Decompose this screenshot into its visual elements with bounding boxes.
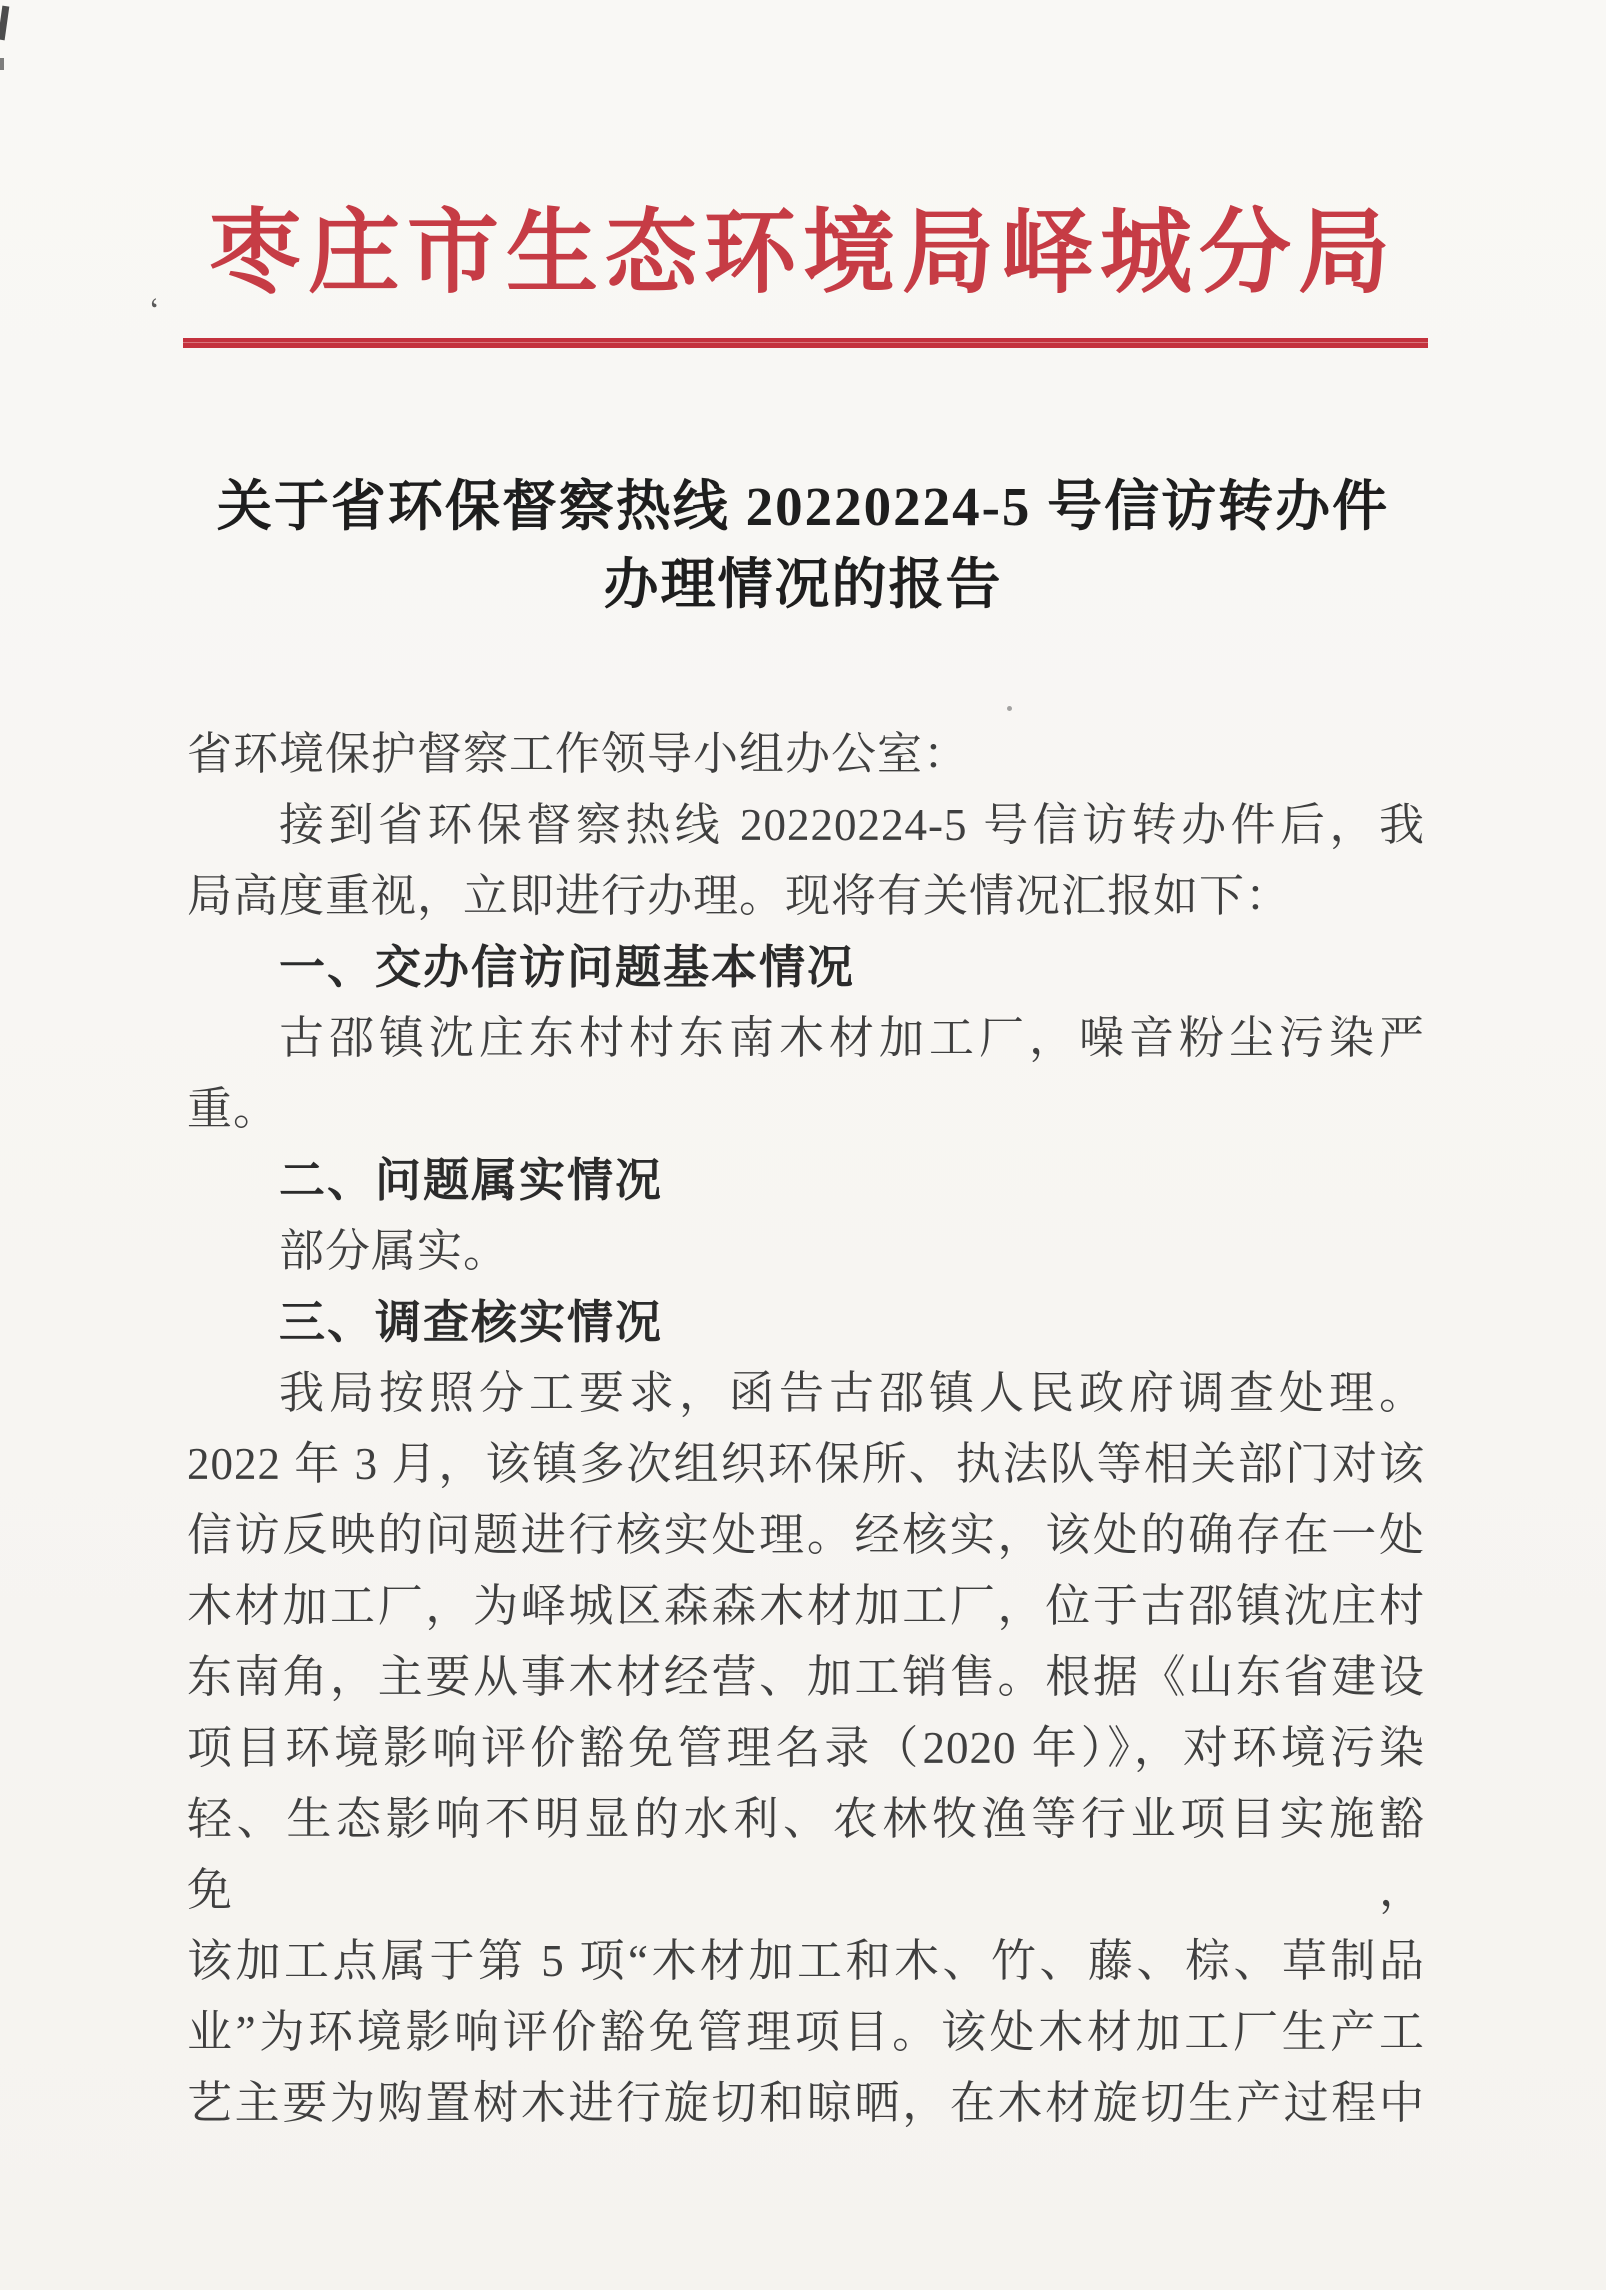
body-line: 省环境保护督察工作领导小组办公室： [187, 719, 1425, 790]
section-heading: 三、调查核实情况 [187, 1287, 1425, 1358]
body-line: 业”为环境影响评价豁免管理项目。该处木材加工厂生产工 [187, 1997, 1425, 2068]
section-heading: 二、问题属实情况 [187, 1145, 1425, 1216]
scan-artifact [1007, 706, 1012, 711]
document-body: 省环境保护督察工作领导小组办公室：接到省环保督察热线 20220224-5 号信… [187, 719, 1425, 2139]
body-line: 艺主要为购置树木进行旋切和晾晒，在木材旋切生产过程中 [187, 2068, 1425, 2139]
body-line: 该加工点属于第 5 项“木材加工和木、竹、藤、棕、草制品 [187, 1926, 1425, 1997]
document-title-line-1: 关于省环保督察热线 20220224-5 号信访转办件 [0, 468, 1606, 546]
body-line: 东南角，主要从事木材经营、加工销售。根据《山东省建设 [187, 1642, 1425, 1713]
scanned-document: { "page": { "kind": "scanned official go… [0, 0, 1606, 2290]
letterhead: 枣庄市生态环境局峄城分局 [0, 196, 1606, 311]
scan-artifact [0, 58, 4, 70]
body-line: 信访反映的问题进行核实处理。经核实，该处的确存在一处 [187, 1500, 1425, 1571]
body-line: 重。 [187, 1074, 1425, 1145]
body-line: 轻、生态影响不明显的水利、农林牧渔等行业项目实施豁免， [187, 1784, 1425, 1926]
body-line: 木材加工厂，为峄城区森森木材加工厂，位于古邵镇沈庄村 [187, 1571, 1425, 1642]
body-line: 项目环境影响评价豁免管理名录（2020 年）》，对环境污染 [187, 1713, 1425, 1784]
agency-name: 枣庄市生态环境局峄城分局 [0, 196, 1606, 311]
body-line: 我局按照分工要求，函告古邵镇人民政府调查处理。 [187, 1358, 1425, 1429]
body-line: 局高度重视，立即进行办理。现将有关情况汇报如下： [187, 861, 1425, 932]
body-line: 接到省环保督察热线 20220224-5 号信访转办件后，我 [187, 790, 1425, 861]
letterhead-divider [183, 338, 1428, 348]
scan-artifact [0, 6, 9, 41]
body-line: 2022 年 3 月，该镇多次组织环保所、执法队等相关部门对该 [187, 1429, 1425, 1500]
body-line: 古邵镇沈庄东村村东南木材加工厂，噪音粉尘污染严 [187, 1003, 1425, 1074]
document-title: 关于省环保督察热线 20220224-5 号信访转办件 办理情况的报告 [0, 468, 1606, 624]
document-page: ʻ 枣庄市生态环境局峄城分局 关于省环保督察热线 20220224-5 号信访转… [0, 0, 1606, 2290]
section-heading: 一、交办信访问题基本情况 [187, 932, 1425, 1003]
body-line: 部分属实。 [187, 1216, 1425, 1287]
document-title-line-2: 办理情况的报告 [0, 546, 1606, 624]
